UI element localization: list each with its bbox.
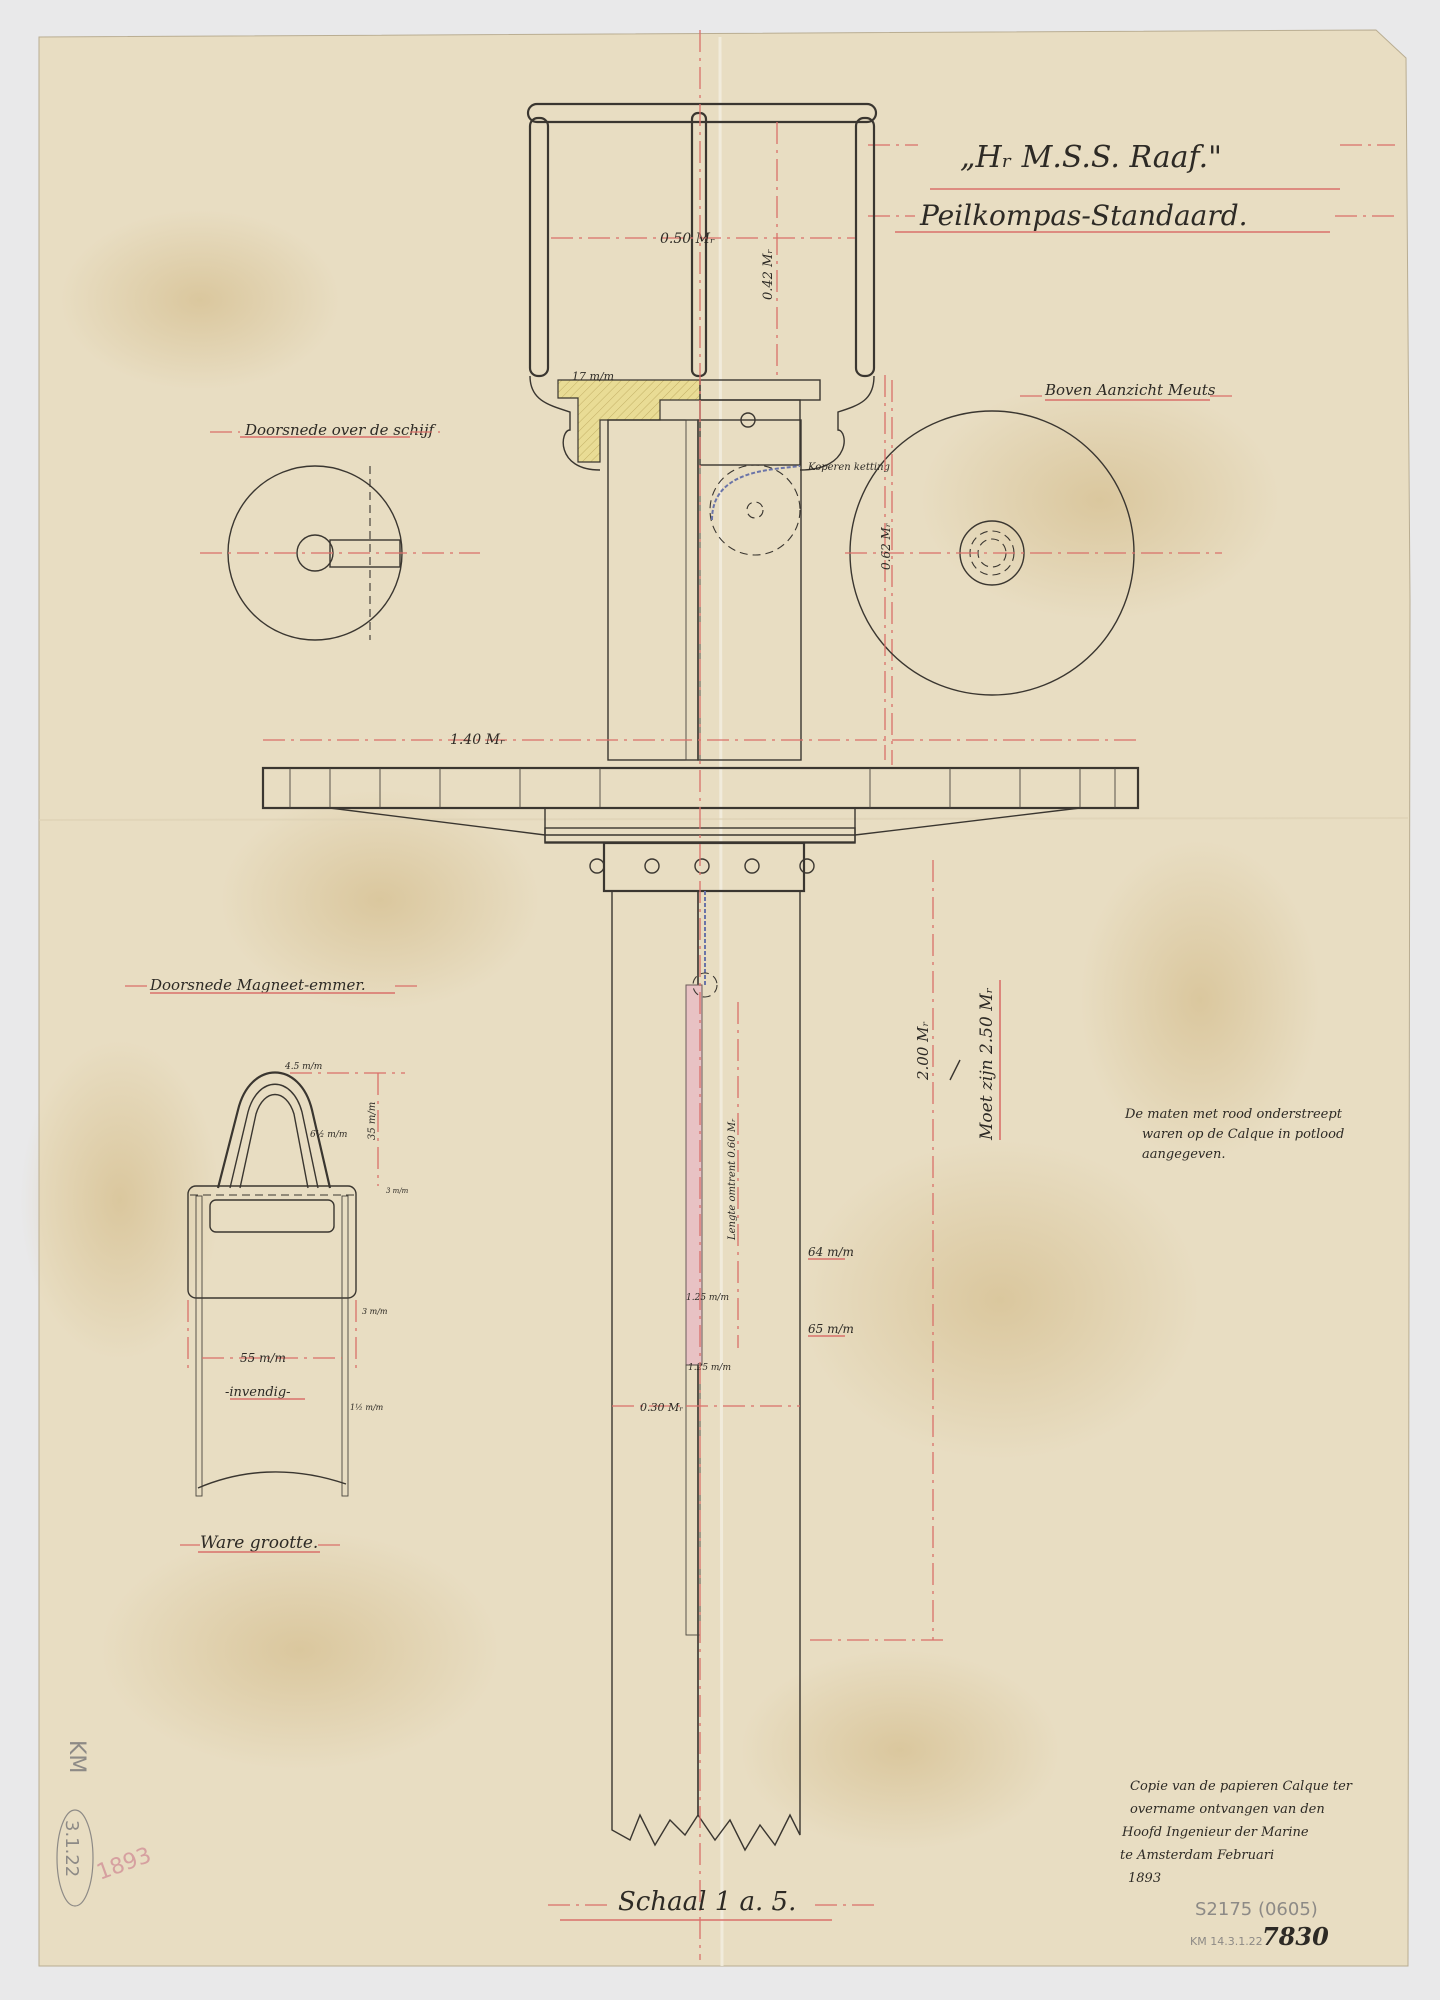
lid-gap-dim: 3 m/m — [386, 1187, 409, 1195]
handle-top-dim: 4.5 m/m — [284, 1062, 322, 1072]
copy-line-4: te Amsterdam Februari — [1120, 1848, 1274, 1863]
copy-line-2: overname ontvangen van den — [1130, 1802, 1325, 1817]
pencil-km: KM — [64, 1740, 89, 1773]
ink-number: 7830 — [1262, 1922, 1329, 1951]
disc-width-label: 1.40 Mᵣ — [450, 732, 505, 748]
small-dim-2: 1.25 m/m — [688, 1363, 731, 1373]
drawing-title: Peilkompas-Standaard. — [919, 199, 1248, 232]
inner-label: -invendig- — [225, 1385, 291, 1400]
ship-title: „Hᵣ M.S.S. Raaf." — [960, 140, 1222, 175]
pencil-ref: S2175 (0605) — [1195, 1899, 1318, 1920]
chain-label: Koperen ketting — [807, 462, 890, 473]
bowl-height-label: 0.42 Mᵣ — [761, 249, 776, 300]
copy-line-3: Hoofd Ingenieur der Marine — [1121, 1825, 1309, 1840]
note-line-3: aangegeven. — [1142, 1147, 1225, 1162]
handle-height-dim: 35 m/m — [367, 1102, 378, 1140]
fold-line — [720, 37, 722, 1966]
rod-dim-65: 65 m/m — [808, 1322, 854, 1336]
copy-line-5: 1893 — [1128, 1871, 1161, 1886]
drawing-sheet: „Hᵣ M.S.S. Raaf." Peilkompas-Standaard. … — [0, 0, 1440, 2000]
post-width-label: 0.30 Mᵣ — [640, 1401, 683, 1414]
note-line-2: waren op de Calque in potlood — [1142, 1127, 1344, 1142]
rod-length-label: Lengte omtrent 0.60 Mᵣ — [727, 1118, 738, 1241]
rod-dim-64: 64 m/m — [808, 1245, 854, 1259]
stamp-ref: KM 14.3.1.22 — [1190, 1935, 1263, 1948]
wall-step-dim: 3 m/m — [362, 1307, 388, 1316]
magnet-bucket-title: Doorsnede Magneet-emmer. — [149, 976, 366, 994]
pencil-circled: 3.1.22 — [61, 1820, 82, 1877]
small-dim-1: 1.25 m/m — [686, 1293, 729, 1303]
scale-label: Schaal 1 a. 5. — [618, 1887, 796, 1917]
top-view-title: Boven Aanzicht Meuts — [1044, 381, 1216, 399]
top-view-diameter: 0.62 Mᵣ — [879, 523, 893, 570]
bowl-width-label: 0.50 Mᵣ — [660, 231, 715, 247]
handle-thickness-dim: 6½ m/m — [310, 1129, 347, 1140]
post-height-correction: Moet zijn 2.50 Mᵣ — [977, 987, 997, 1141]
note-line-1: De maten met rood onderstreept — [1124, 1107, 1343, 1122]
copy-line-1: Copie van de papieren Calque ter — [1130, 1779, 1353, 1794]
scale-note: Ware grootte. — [200, 1533, 318, 1553]
post-height-label: 2.00 Mᵣ — [914, 1021, 932, 1081]
flange-thickness-label: 17 m/m — [572, 370, 614, 383]
wall-thickness-dim: 1½ m/m — [350, 1403, 384, 1412]
inner-width-dim: 55 m/m — [240, 1351, 286, 1365]
